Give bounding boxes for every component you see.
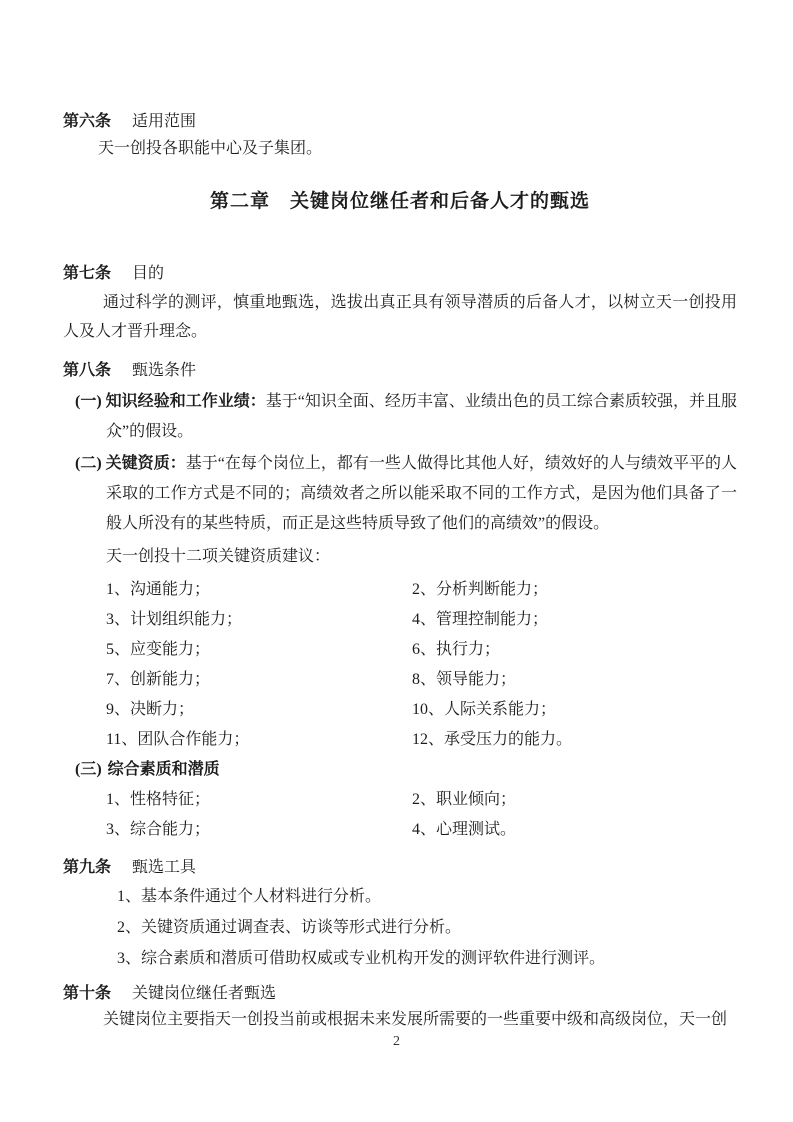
qualities-row: 3、计划组织能力； 4、管理控制能力； — [63, 605, 737, 635]
quality-item: 6、执行力； — [412, 635, 500, 665]
article10-number: 第十条 — [63, 985, 111, 1002]
article6-number: 第六条 — [63, 113, 111, 130]
trait-item: 2、职业倾向； — [412, 785, 516, 815]
item3-marker: (三) — [75, 761, 102, 778]
article9-item: 3、综合素质和潜质可借助权威或专业机构开发的测评软件进行测评。 — [63, 943, 737, 974]
article10-heading: 第十条关键岗位继任者甄选 — [63, 981, 737, 1006]
article6-body: 天一创投各职能中心及子集团。 — [63, 135, 737, 162]
traits-row: 1、性格特征； 2、职业倾向； — [63, 785, 737, 815]
article8-heading: 第八条甄选条件 — [63, 357, 737, 385]
article10-title: 关键岗位继任者甄选 — [132, 985, 276, 1002]
article7-title: 目的 — [132, 265, 164, 282]
article8-title: 甄选条件 — [132, 362, 196, 379]
item1-marker: (一) — [75, 393, 102, 410]
quality-item: 2、分析判断能力； — [412, 575, 548, 605]
quality-item: 1、沟通能力； — [106, 581, 210, 598]
quality-item: 10、人际关系能力； — [412, 695, 556, 725]
article8-item-3: (三)综合素质和潜质 — [63, 755, 737, 785]
quality-item: 11、团队合作能力； — [106, 731, 249, 748]
quality-item: 3、计划组织能力； — [106, 611, 242, 628]
quality-item: 9、决断力； — [106, 701, 194, 718]
quality-item: 5、应变能力； — [106, 641, 210, 658]
traits-row: 3、综合能力； 4、心理测试。 — [63, 815, 737, 845]
article7-number: 第七条 — [63, 265, 111, 282]
item2-label: 关键资质： — [106, 455, 186, 472]
article9-title: 甄选工具 — [132, 859, 196, 876]
document-page: 第六条适用范围 天一创投各职能中心及子集团。 第二章 关键岗位继任者和后备人才的… — [0, 0, 793, 1122]
trait-item: 1、性格特征； — [106, 791, 210, 808]
article7-paragraph: 通过科学的测评，慎重地甄选，选拔出真正具有领导潜质的后备人才，以树立天一创投用人… — [63, 288, 737, 346]
article9-item: 2、关键资质通过调查表、访谈等形式进行分析。 — [63, 912, 737, 943]
qualities-row: 11、团队合作能力； 12、承受压力的能力。 — [63, 725, 737, 755]
trait-item: 3、综合能力； — [106, 821, 210, 838]
qualities-row: 9、决断力； 10、人际关系能力； — [63, 695, 737, 725]
qualities-row: 5、应变能力； 6、执行力； — [63, 635, 737, 665]
quality-item: 12、承受压力的能力。 — [412, 725, 572, 755]
article6-title: 适用范围 — [132, 113, 196, 130]
quality-item: 8、领导能力； — [412, 665, 516, 695]
quality-item: 7、创新能力； — [106, 671, 210, 688]
trait-item: 4、心理测试。 — [412, 815, 516, 845]
item2-text: 基于“在每个岗位上，都有一些人做得比其他人好，绩效好的人与绩效平平的人采取的工作… — [106, 455, 737, 532]
article7-heading: 第七条目的 — [63, 260, 737, 288]
article8-item-1: (一)知识经验和工作业绩：基于“知识全面、经历丰富、业绩出色的员工综合素质较强，… — [63, 387, 737, 447]
article6-heading: 第六条适用范围 — [63, 108, 737, 135]
item3-label: 综合素质和潜质 — [108, 761, 220, 778]
article9-number: 第九条 — [63, 859, 111, 876]
qualities-row: 1、沟通能力； 2、分析判断能力； — [63, 575, 737, 605]
item1-label: 知识经验和工作业绩： — [106, 393, 266, 410]
article9-item: 1、基本条件通过个人材料进行分析。 — [63, 881, 737, 912]
article10-paragraph: 关键岗位主要指天一创投当前或根据未来发展所需要的一些重要中级和高级岗位，天一创 — [63, 1006, 737, 1033]
article8-number: 第八条 — [63, 362, 111, 379]
quality-item: 4、管理控制能力； — [412, 605, 548, 635]
page-number: 2 — [0, 1034, 793, 1050]
qualities-row: 7、创新能力； 8、领导能力； — [63, 665, 737, 695]
article9-heading: 第九条甄选工具 — [63, 854, 737, 881]
article8-item-2: (二)关键资质：基于“在每个岗位上，都有一些人做得比其他人好，绩效好的人与绩效平… — [63, 449, 737, 539]
qualities-intro: 天一创投十二项关键资质建议： — [63, 542, 737, 572]
chapter-heading: 第二章 关键岗位继任者和后备人才的甄选 — [63, 189, 737, 215]
item2-marker: (二) — [75, 455, 102, 472]
